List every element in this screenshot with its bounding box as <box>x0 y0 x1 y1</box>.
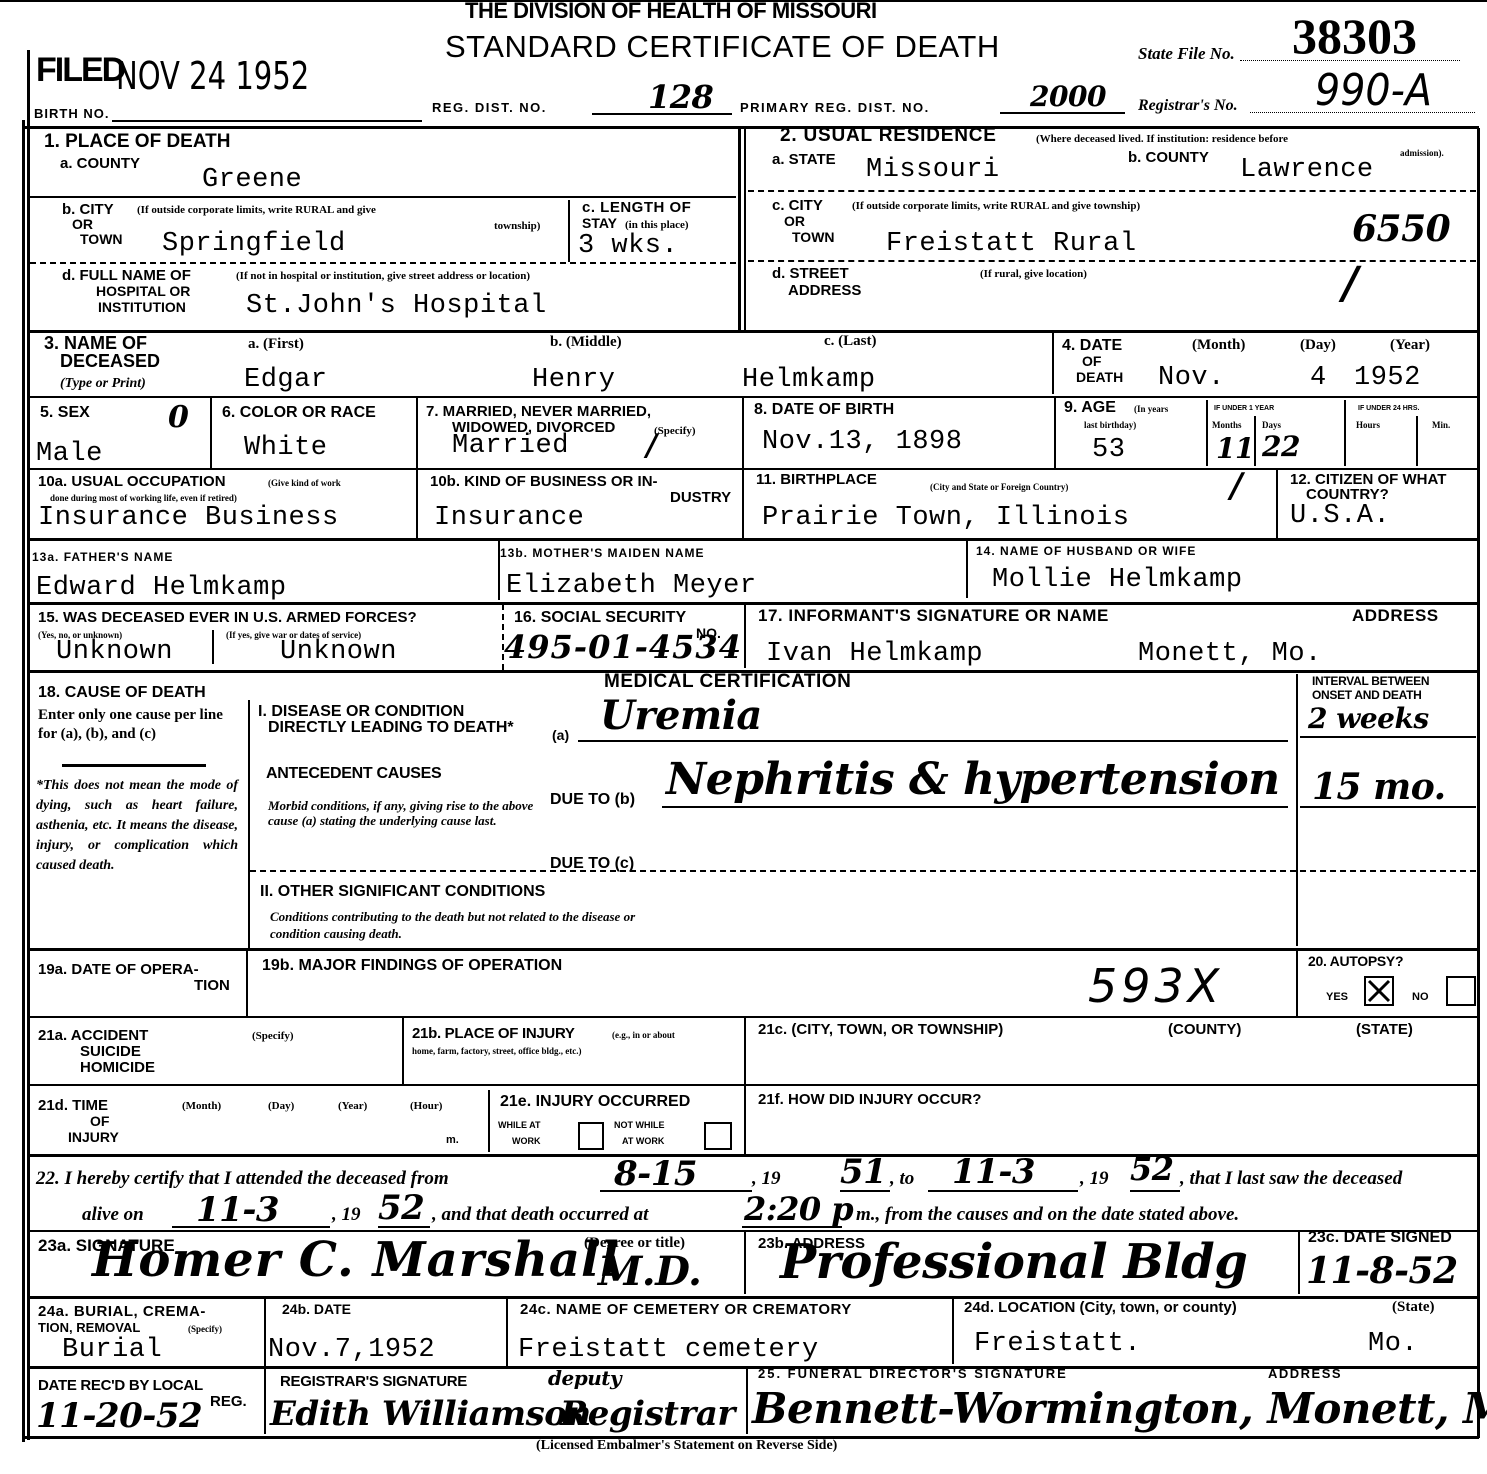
registrar-signature-value: Edith Williamson <box>270 1394 591 1434</box>
sex-value: Male <box>36 440 103 468</box>
medical-certification-heading: MEDICAL CERTIFICATION <box>604 674 851 689</box>
spouse-value: Mollie Helmkamp <box>992 566 1243 594</box>
col-divider <box>744 1232 746 1294</box>
residence-state-value: Missouri <box>866 156 1000 184</box>
funeral-director-value: Bennett-Wormington, Monett, Mo <box>752 1384 1487 1433</box>
certify-text-5: , that I last saw the deceased <box>1180 1168 1402 1190</box>
ssn-value: 495-01-4534 <box>504 628 742 666</box>
birthplace-mark: / <box>1230 466 1242 506</box>
certify-text-4: , 19 <box>1080 1168 1109 1190</box>
col-divider <box>744 1018 746 1154</box>
interval-label-2: ONSET AND DEATH <box>1312 688 1422 703</box>
hospital-note: (If not in hospital or institution, give… <box>236 270 530 282</box>
injury-county-label: (COUNTY) <box>1168 1022 1241 1037</box>
stay-note: (in this place) <box>625 219 689 231</box>
spouse-label: 14. NAME OF HUSBAND OR WIFE <box>976 544 1196 559</box>
days-value: 22 <box>1262 430 1300 463</box>
middle-name-value: Henry <box>532 366 616 394</box>
residence-county-value: Lawrence <box>1240 156 1374 184</box>
instruction-rule <box>62 764 206 767</box>
hospital-label-3: INSTITUTION <box>98 300 186 315</box>
street-label: d. STREET <box>772 266 849 281</box>
dod-divider <box>1052 332 1054 394</box>
col-divider <box>1254 416 1256 466</box>
hours-label: Hours <box>1356 420 1380 430</box>
antecedent-note: Morbid conditions, if any, giving rise t… <box>268 798 548 828</box>
dob-value: Nov.13, 1898 <box>762 428 962 456</box>
burial-type-label: 24a. BURIAL, CREMA- <box>38 1304 206 1319</box>
dob-label: 8. DATE OF BIRTH <box>754 402 894 417</box>
marital-label: 7. MARRIED, NEVER MARRIED, <box>426 404 651 419</box>
under-day-label: IF UNDER 24 HRS. <box>1358 404 1419 414</box>
informant-label: 17. INFORMANT'S SIGNATURE OR NAME <box>758 608 1109 623</box>
dod-year-value: 1952 <box>1354 364 1421 392</box>
residence-state-label: a. STATE <box>772 152 836 167</box>
other-conditions-label: II. OTHER SIGNIFICANT CONDITIONS <box>260 884 545 899</box>
industry-value: Insurance <box>434 504 584 532</box>
middle-name-label: b. (Middle) <box>550 335 622 350</box>
row-divider <box>28 602 1478 605</box>
registrar-title: Registrar <box>560 1394 735 1434</box>
burial-location-label: 24d. LOCATION (City, town, or county) <box>964 1300 1237 1315</box>
ssn-label: 16. SOCIAL SECURITY <box>514 610 686 625</box>
race-value: White <box>244 434 328 462</box>
citizen-label: 12. CITIZEN OF WHAT <box>1290 472 1446 487</box>
section-divider-1-2 <box>738 128 741 330</box>
col-divider <box>1344 400 1346 466</box>
date-received-label: DATE REC'D BY LOCAL <box>38 1378 203 1393</box>
row-divider <box>30 262 736 264</box>
stay-label: c. LENGTH OF <box>582 200 691 215</box>
interval-a-line <box>1300 736 1476 738</box>
cemetery-value: Freistatt cemetery <box>518 1336 819 1364</box>
residence-city-or: OR <box>784 214 805 229</box>
row-divider <box>28 396 1478 398</box>
industry-label: 10b. KIND OF BUSINESS OR IN- <box>430 474 658 489</box>
sex-code: 0 <box>168 400 188 435</box>
certify-text-6: alive on <box>82 1204 144 1226</box>
how-injury-label: 21f. HOW DID INJURY OCCUR? <box>758 1092 981 1107</box>
birthplace-label: 11. BIRTHPLACE <box>756 472 877 487</box>
residence-city-code: 6550 <box>1352 208 1450 250</box>
place-of-injury-label: 21b. PLACE OF INJURY <box>412 1026 575 1041</box>
death-city-note-2: township) <box>494 220 540 232</box>
date-signed-label: 23c. DATE SIGNED <box>1308 1230 1452 1245</box>
primary-reg-dist-label: PRIMARY REG. DIST. NO. <box>740 100 930 115</box>
dod-month-label: (Month) <box>1192 338 1245 353</box>
accident-label-2: SUICIDE <box>80 1044 141 1059</box>
registrar-number: 990-A <box>1315 68 1432 114</box>
age-note: (In years <box>1134 404 1168 414</box>
age-label: 9. AGE <box>1064 400 1116 415</box>
death-county-label: a. COUNTY <box>60 156 140 171</box>
registrar-title-top: deputy <box>548 1366 621 1390</box>
dod-label: 4. DATE <box>1062 338 1122 353</box>
signature-value: Homer C. Marshall <box>92 1232 620 1288</box>
header-divider <box>22 126 1479 129</box>
date-received-value: 11-20-52 <box>36 1396 202 1436</box>
injury-year-label: (Year) <box>338 1100 367 1112</box>
antecedent-label: ANTECEDENT CAUSES <box>266 766 441 781</box>
occupation-note: (Give kind of work <box>268 478 341 488</box>
place-of-death-heading: 1. PLACE OF DEATH <box>44 132 231 152</box>
registrar-signature-label: REGISTRAR'S SIGNATURE <box>280 1374 467 1389</box>
funeral-director-label: 25. FUNERAL DIRECTOR'S SIGNATURE <box>758 1366 1068 1381</box>
certify-text-8: , and that death occurred at <box>432 1204 648 1226</box>
filed-stamp-label: FILED <box>36 52 124 88</box>
line-a-label: (a) <box>552 728 569 743</box>
accident-label: 21a. ACCIDENT <box>38 1028 148 1043</box>
dod-month-value: Nov. <box>1158 364 1225 392</box>
place-of-injury-note: (e.g., in or about <box>612 1030 675 1040</box>
certify-text-2: , 19 <box>752 1168 781 1190</box>
race-label: 6. COLOR OR RACE <box>222 405 376 420</box>
name-label-3: (Type or Print) <box>60 376 146 391</box>
interval-b-value: 15 mo. <box>1312 766 1446 808</box>
col-divider <box>212 630 214 664</box>
citizen-value: U.S.A. <box>1290 502 1390 530</box>
disease-label-2: DIRECTLY LEADING TO DEATH* <box>268 720 514 735</box>
col-divider <box>488 1090 490 1152</box>
marital-mark: / <box>646 428 656 463</box>
cause-label: 18. CAUSE OF DEATH <box>38 685 206 700</box>
reg-dist-number: 128 <box>648 78 713 116</box>
months-value: 11 <box>1216 432 1254 465</box>
burial-date-label: 24b. DATE <box>282 1302 351 1317</box>
section-divider-1-2b <box>744 128 746 330</box>
injury-time-label: 21d. TIME <box>38 1098 108 1113</box>
reg-dist-label: REG. DIST. NO. <box>432 100 547 115</box>
to-year-line <box>1130 1190 1180 1192</box>
age-note-2: last birthday) <box>1084 420 1136 430</box>
street-note: (If rural, give location) <box>980 268 1087 280</box>
footer-note: (Licensed Embalmer's Statement on Revers… <box>536 1438 837 1454</box>
hospital-label-2: HOSPITAL OR <box>96 284 190 299</box>
burial-type-value: Burial <box>62 1336 162 1364</box>
cemetery-label: 24c. NAME OF CEMETERY OR CREMATORY <box>520 1302 852 1317</box>
marital-value: Married <box>452 432 569 460</box>
section-divider <box>28 330 1478 333</box>
name-label: 3. NAME OF <box>44 336 147 351</box>
burial-date-value: Nov.7,1952 <box>268 1336 435 1364</box>
date-signed-value: 11-8-52 <box>1306 1250 1458 1292</box>
last-name-value: Helmkamp <box>742 366 876 394</box>
filed-stamp-date: NOV 24 1952 <box>116 56 309 96</box>
certify-text-7: , 19 <box>332 1204 361 1226</box>
dod-label-3: DEATH <box>1076 370 1123 385</box>
col-divider <box>246 950 248 1016</box>
days-label: Days <box>1262 420 1281 430</box>
attended-from-value: 8-15 <box>614 1154 697 1194</box>
death-county-value: Greene <box>202 166 302 194</box>
occupation-note-2: done during most of working life, even i… <box>50 493 237 503</box>
cause-a-line <box>578 740 1288 742</box>
last-seen-value: 11-3 <box>196 1190 279 1230</box>
primary-reg-dist-number: 2000 <box>1030 80 1106 113</box>
state-file-number: 38303 <box>1292 10 1417 62</box>
citizen-label-2: COUNTRY? <box>1306 487 1389 502</box>
burial-location-value: Freistatt. <box>974 1330 1141 1358</box>
col-divider <box>264 1298 266 1366</box>
armed-forces-label: 15. WAS DECEASED EVER IN U.S. ARMED FORC… <box>38 610 417 625</box>
informant-address-label: ADDRESS <box>1352 608 1439 623</box>
cause-b-line <box>662 806 1288 808</box>
checkmark-x-icon <box>1366 978 1392 1004</box>
residence-city-town: TOWN <box>792 230 835 245</box>
last-seen-year-value: 52 <box>378 1188 424 1228</box>
while-at-work-checkbox[interactable] <box>578 1122 604 1150</box>
first-name-label: a. (First) <box>248 337 304 352</box>
informant-address-value: Monett, Mo. <box>1138 640 1322 668</box>
marital-note: (Specify) <box>654 425 696 437</box>
autopsy-no-label: NO <box>1412 990 1429 1005</box>
service-dates-value: Unknown <box>280 638 397 666</box>
autopsy-yes-label: YES <box>1326 990 1348 1005</box>
registrar-no-label: Registrar's No. <box>1138 98 1238 113</box>
col-divider <box>264 1368 266 1434</box>
operation-date-label: 19a. DATE OF OPERA- <box>38 962 199 977</box>
cause-instructions: Enter only one cause per line for (a), (… <box>38 706 238 744</box>
operation-code: 593X <box>1088 962 1223 1010</box>
autopsy-label: 20. AUTOPSY? <box>1308 954 1403 969</box>
residence-note-2: admission). <box>1400 148 1444 158</box>
operation-findings-label: 19b. MAJOR FINDINGS OF OPERATION <box>262 958 562 973</box>
row-divider <box>28 1084 1478 1086</box>
dod-year-label: (Year) <box>1390 338 1430 353</box>
degree-value: M.D. <box>598 1248 701 1295</box>
name-label-2: DECEASED <box>60 354 160 369</box>
accident-label-3: HOMICIDE <box>80 1060 155 1075</box>
father-label: 13a. FATHER'S NAME <box>32 550 173 565</box>
stay-label-2: STAY <box>582 216 617 231</box>
col-divider <box>248 700 250 948</box>
while-at-work-label: WHILE AT <box>498 1120 541 1130</box>
due-to-b-label: DUE TO (b) <box>550 792 635 807</box>
cause-b-value: Nephritis & hypertension <box>666 754 1280 805</box>
operation-date-label-2: TION <box>194 978 230 993</box>
left-border <box>22 120 25 1442</box>
sex-label: 5. SEX <box>40 405 90 420</box>
row-divider <box>250 870 1476 872</box>
accident-note: (Specify) <box>252 1030 294 1042</box>
interval-a-value: 2 weeks <box>1308 702 1429 735</box>
to-year-value: 52 <box>1130 1150 1174 1188</box>
injury-time-label-3: INJURY <box>68 1130 119 1145</box>
page-title: STANDARD CERTIFICATE OF DEATH <box>445 30 1000 64</box>
certify-text-1: 22. I hereby certify that I attended the… <box>36 1168 449 1189</box>
col-divider <box>506 1298 508 1366</box>
col-divider <box>1298 1232 1300 1294</box>
residence-city-note: (If outside corporate limits, write RURA… <box>852 200 1140 212</box>
hospital-label: d. FULL NAME OF <box>62 268 191 283</box>
date-received-label-2: REG. <box>210 1394 247 1409</box>
injury-day-label: (Day) <box>268 1100 294 1112</box>
residence-county-label: b. COUNTY <box>1128 150 1209 165</box>
age-value: 53 <box>1092 436 1125 464</box>
min-label: Min. <box>1432 420 1450 430</box>
under-year-label: IF UNDER 1 YEAR <box>1214 404 1274 414</box>
col-divider <box>1296 950 1298 1016</box>
while-at-work-label-2: WORK <box>512 1136 541 1146</box>
not-at-work-label: NOT WHILE <box>614 1120 665 1130</box>
disease-label: I. DISEASE OR CONDITION <box>258 704 464 719</box>
funeral-address-label: ADDRESS <box>1268 1366 1342 1381</box>
row-divider <box>30 196 736 198</box>
injury-time-label-2: OF <box>90 1114 109 1129</box>
hospital-value: St.John's Hospital <box>246 292 547 320</box>
row-divider <box>28 538 1478 541</box>
injury-hour-label: (Hour) <box>410 1100 442 1112</box>
death-city-label: b. CITY <box>62 202 114 217</box>
col-divider <box>966 540 968 598</box>
certify-text-3: , to <box>890 1168 914 1190</box>
armed-forces-value: Unknown <box>56 638 173 666</box>
birth-no-label: BIRTH NO. <box>34 106 109 121</box>
col-divider <box>1054 398 1056 468</box>
not-at-work-checkbox[interactable] <box>704 1122 732 1150</box>
death-city-or: OR <box>72 217 93 232</box>
stay-divider <box>568 200 570 262</box>
col-divider <box>952 1298 954 1364</box>
residence-note: (Where deceased lived. If institution: r… <box>1036 133 1288 145</box>
col-divider <box>746 1368 748 1434</box>
dod-label-2: OF <box>1082 354 1101 369</box>
mother-value: Elizabeth Meyer <box>506 572 757 600</box>
cause-footnote: *This does not mean the mode of dying, s… <box>36 776 238 876</box>
autopsy-no-checkbox[interactable] <box>1446 976 1476 1006</box>
row-divider <box>748 190 1476 192</box>
residence-city-value: Freistatt Rural <box>886 230 1137 258</box>
burial-state-value: Mo. <box>1368 1330 1418 1358</box>
father-value: Edward Helmkamp <box>36 574 287 602</box>
stay-value: 3 wks. <box>578 232 678 260</box>
first-name-value: Edgar <box>244 366 328 394</box>
attended-to-value: 11-3 <box>952 1152 1035 1192</box>
col-divider <box>744 604 746 668</box>
interval-divider <box>1296 674 1298 946</box>
death-city-town: TOWN <box>80 232 123 247</box>
from-year-value: 51 <box>840 1152 886 1192</box>
certify-text-9: m., from the causes and on the date stat… <box>856 1204 1239 1226</box>
birth-no-line <box>112 120 422 122</box>
street-mark: / <box>1342 258 1358 309</box>
informant-value: Ivan Helmkamp <box>766 640 983 668</box>
col-divider <box>1206 400 1208 466</box>
row-divider <box>28 1296 1478 1299</box>
injury-state-label: (STATE) <box>1356 1022 1413 1037</box>
injury-m-label: m. <box>446 1134 459 1146</box>
col-divider <box>210 398 212 468</box>
agency-title: THE DIVISION OF HEALTH OF MISSOURI <box>465 0 877 22</box>
other-conditions-note: Conditions contributing to the death but… <box>270 908 670 942</box>
burial-type-note: (Specify) <box>188 1324 222 1334</box>
burial-type-label-2: TION, REMOVAL <box>38 1320 140 1335</box>
row-divider <box>28 1016 1478 1018</box>
burial-state-label: (State) <box>1392 1300 1434 1315</box>
certify-line-1: 22. I hereby certify that I attended the… <box>36 1168 449 1190</box>
autopsy-yes-checkbox[interactable] <box>1364 976 1394 1006</box>
col-divider <box>402 1018 404 1084</box>
occupation-label: 10a. USUAL OCCUPATION <box>38 474 226 489</box>
injury-occurred-label: 21e. INJURY OCCURRED <box>500 1094 690 1109</box>
row-divider <box>748 260 1476 262</box>
not-at-work-label-2: AT WORK <box>622 1136 664 1146</box>
place-of-injury-note-2: home, farm, factory, street, office bldg… <box>412 1046 582 1056</box>
death-city-note: (If outside corporate limits, write RURA… <box>137 204 376 216</box>
residence-city-label: c. CITY <box>772 198 823 213</box>
col-divider <box>1416 416 1418 466</box>
state-file-label: State File No. <box>1138 46 1235 61</box>
residence-heading: 2. USUAL RESIDENCE <box>780 128 997 143</box>
death-time-value: 2:20 p <box>744 1190 853 1228</box>
months-label: Months <box>1212 420 1242 430</box>
dod-day-value: 4 <box>1310 364 1327 392</box>
birthplace-note: (City and State or Foreign Country) <box>930 482 1068 492</box>
death-city-value: Springfield <box>162 230 346 258</box>
mother-label: 13b. MOTHER'S MAIDEN NAME <box>500 546 705 561</box>
interval-label: INTERVAL BETWEEN <box>1312 674 1429 689</box>
due-to-c-label: DUE TO (c) <box>550 856 634 871</box>
row-divider <box>28 468 1478 470</box>
occupation-value: Insurance Business <box>38 504 339 532</box>
right-border <box>1477 128 1480 1438</box>
address-value: Professional Bldg <box>780 1234 1247 1290</box>
col-divider <box>1276 470 1278 538</box>
dod-day-label: (Day) <box>1300 338 1336 353</box>
injury-month-label: (Month) <box>182 1100 221 1112</box>
cause-a-value: Uremia <box>600 692 762 739</box>
injury-city-label: 21c. (CITY, TOWN, OR TOWNSHIP) <box>758 1022 1003 1037</box>
row-divider <box>28 1154 1478 1157</box>
birthplace-value: Prairie Town, Illinois <box>762 504 1129 532</box>
industry-label-2: DUSTRY <box>670 490 731 505</box>
street-label-2: ADDRESS <box>788 283 861 298</box>
row-divider <box>28 1366 1478 1369</box>
last-name-label: c. (Last) <box>824 334 877 349</box>
